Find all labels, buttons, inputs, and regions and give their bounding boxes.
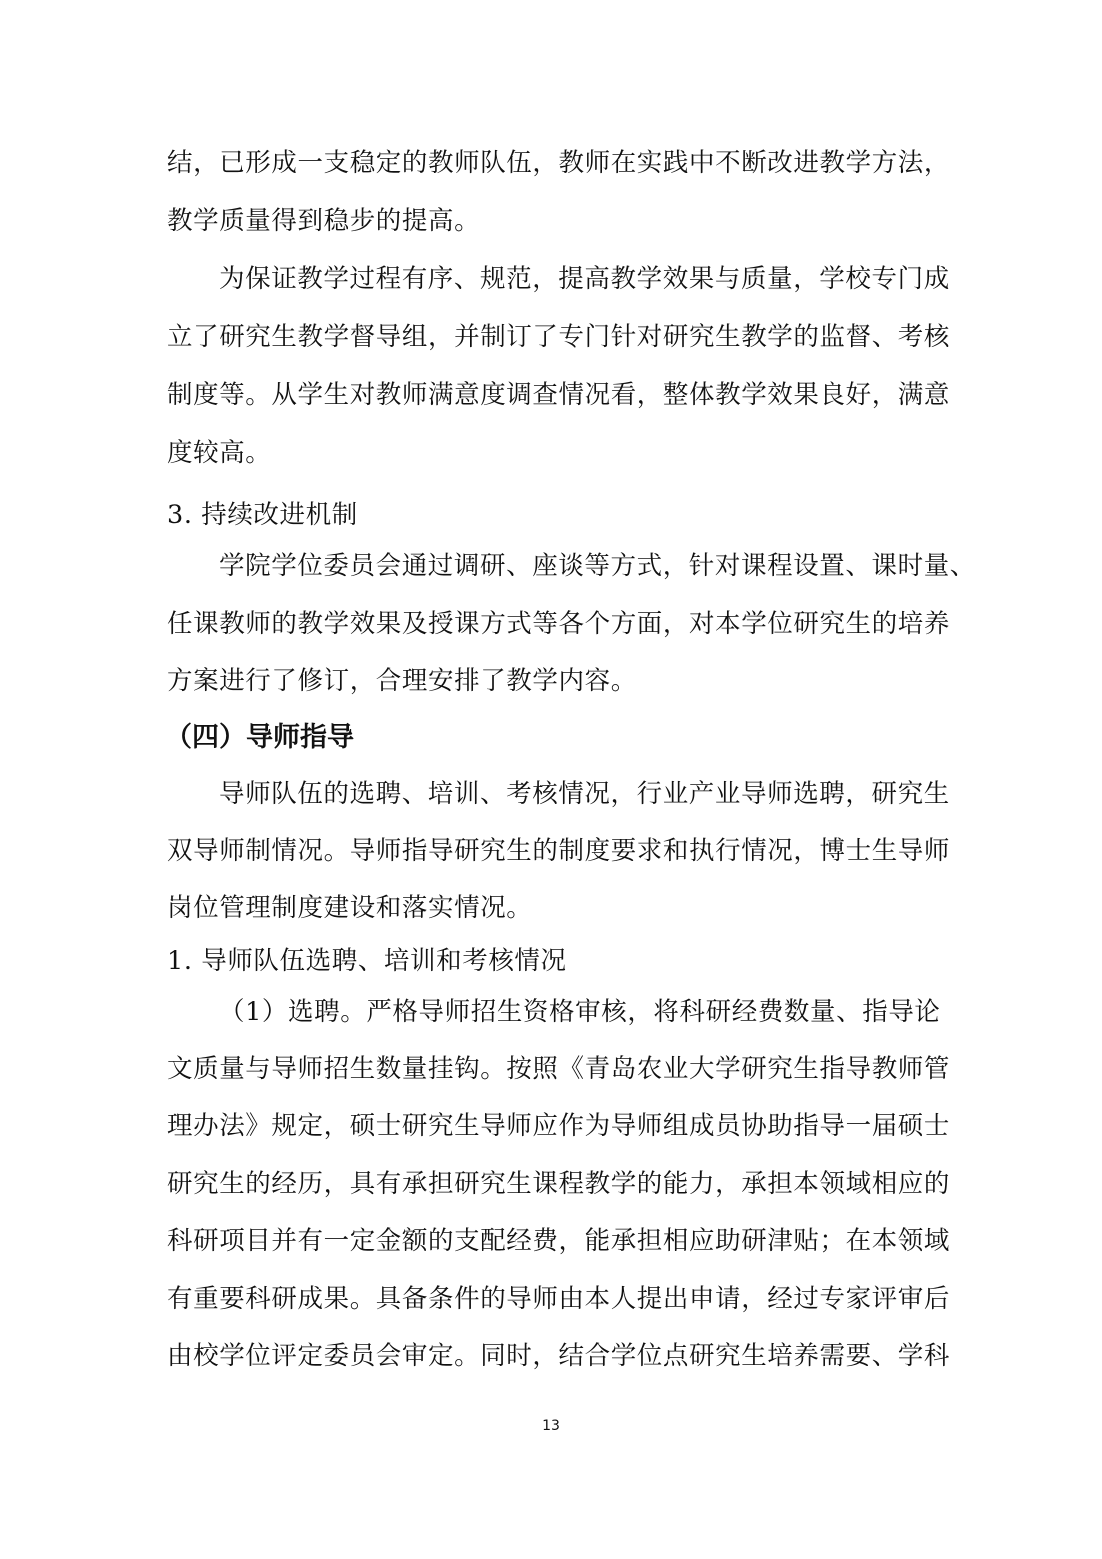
paragraph-line: 立了研究生教学督导组，并制订了专门针对研究生教学的监督、考核 [167, 320, 937, 354]
subheading-continuous-improvement: 3. 持续改进机制 [167, 498, 937, 532]
paragraph-line: 理办法》规定，硕士研究生导师应作为导师组成员协助指导一届硕士 [167, 1109, 937, 1143]
paragraph-line: 导师队伍的选聘、培训、考核情况，行业产业导师选聘，研究生 [219, 777, 937, 811]
document-page: 结，已形成一支稳定的教师队伍，教师在实践中不断改进教学方法， 教学质量得到稳步的… [0, 0, 1102, 1559]
paragraph-line: 结，已形成一支稳定的教师队伍，教师在实践中不断改进教学方法， [167, 146, 937, 180]
paragraph-line: 制度等。从学生对教师满意度调查情况看，整体教学效果良好，满意 [167, 378, 937, 412]
paragraph-line: 为保证教学过程有序、规范，提高教学效果与质量，学校专门成 [219, 262, 937, 296]
paragraph-line: 方案进行了修订，合理安排了教学内容。 [167, 664, 937, 698]
section-heading-advisor-guidance: （四）导师指导 [165, 720, 354, 756]
paragraph-line: 科研项目并有一定金额的支配经费，能承担相应助研津贴；在本领域 [167, 1224, 937, 1258]
page-number: 13 [0, 1418, 1102, 1434]
paragraph-line: 岗位管理制度建设和落实情况。 [167, 891, 937, 925]
paragraph-line: 双导师制情况。导师指导研究生的制度要求和执行情况，博士生导师 [167, 834, 937, 868]
paragraph-line: （1）选聘。严格导师招生资格审核，将科研经费数量、指导论 [219, 995, 937, 1029]
paragraph-line: 由校学位评定委员会审定。同时，结合学位点研究生培养需要、学科 [167, 1339, 937, 1373]
paragraph-line: 教学质量得到稳步的提高。 [167, 204, 937, 238]
paragraph-line: 有重要科研成果。具备条件的导师由本人提出申请，经过专家评审后 [167, 1282, 937, 1316]
subheading-advisor-selection: 1. 导师队伍选聘、培训和考核情况 [167, 944, 937, 978]
paragraph-line: 研究生的经历，具有承担研究生课程教学的能力，承担本领域相应的 [167, 1167, 937, 1201]
paragraph-line: 度较高。 [167, 436, 937, 470]
paragraph-line: 学院学位委员会通过调研、座谈等方式，针对课程设置、课时量、 [219, 549, 937, 583]
paragraph-line: 任课教师的教学效果及授课方式等各个方面，对本学位研究生的培养 [167, 607, 937, 641]
paragraph-line: 文质量与导师招生数量挂钩。按照《青岛农业大学研究生指导教师管 [167, 1052, 937, 1086]
